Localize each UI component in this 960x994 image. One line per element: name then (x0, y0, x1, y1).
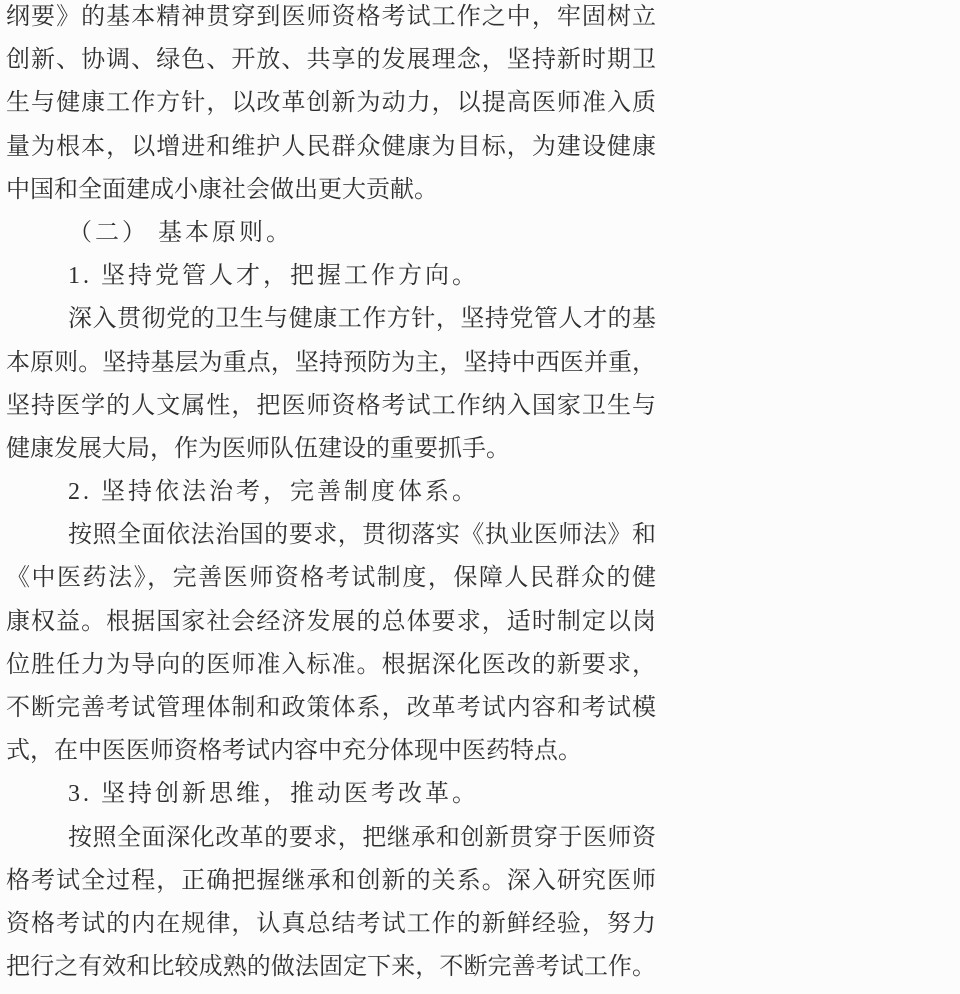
text-line: 健康发展大局，作为医师队伍建设的重要抓手。 (6, 428, 656, 471)
text-line: 位胜任力为导向的医师准入标准。根据深化医改的新要求， (6, 644, 656, 687)
text-line: 格考试全过程，正确把握继承和创新的关系。深入研究医师 (6, 860, 656, 903)
text-line: 资格考试的内在规律，认真总结考试工作的新鲜经验，努力 (6, 903, 656, 946)
text-line: 中国和全面建成小康社会做出更大贡献。 (6, 169, 656, 212)
text-line: 不断完善考试管理体制和政策体系，改革考试内容和考试模 (6, 687, 656, 730)
text-line: 3. 坚持创新思维，推动医考改革。 (6, 773, 656, 816)
text-line: 《中医药法》，完善医师资格考试制度，保障人民群众的健 (6, 557, 656, 600)
text-line: 式，在中医医师资格考试内容中充分体现中医药特点。 (6, 730, 656, 773)
text-line: 按照全面深化改革的要求，把继承和创新贯穿于医师资 (6, 817, 656, 860)
text-line: 坚持医学的人文属性，把医师资格考试工作纳入国家卫生与 (6, 385, 656, 428)
text-line: 纲要》的基本精神贯穿到医师资格考试工作之中，牢固树立 (6, 0, 656, 39)
document-page: 纲要》的基本精神贯穿到医师资格考试工作之中，牢固树立创新、协调、绿色、开放、共享… (0, 0, 960, 994)
text-line: 深入贯彻党的卫生与健康工作方针，坚持党管人才的基 (6, 298, 656, 341)
text-line: 本原则。坚持基层为重点，坚持预防为主，坚持中西医并重， (6, 342, 656, 385)
text-line: （二） 基本原则。 (6, 212, 656, 255)
text-line: 康权益。根据国家社会经济发展的总体要求，适时制定以岗 (6, 601, 656, 644)
text-line: 1. 坚持党管人才，把握工作方向。 (6, 255, 656, 298)
text-line: 创新、协调、绿色、开放、共享的发展理念，坚持新时期卫 (6, 39, 656, 82)
text-block: 纲要》的基本精神贯穿到医师资格考试工作之中，牢固树立创新、协调、绿色、开放、共享… (6, 0, 656, 989)
text-line: 按照全面依法治国的要求，贯彻落实《执业医师法》和 (6, 514, 656, 557)
text-line: 2. 坚持依法治考，完善制度体系。 (6, 471, 656, 514)
text-line: 生与健康工作方针，以改革创新为动力，以提高医师准入质 (6, 82, 656, 125)
text-line: 量为根本，以增进和维护人民群众健康为目标，为建设健康 (6, 126, 656, 169)
text-line: 把行之有效和比较成熟的做法固定下来，不断完善考试工作。 (6, 946, 656, 989)
